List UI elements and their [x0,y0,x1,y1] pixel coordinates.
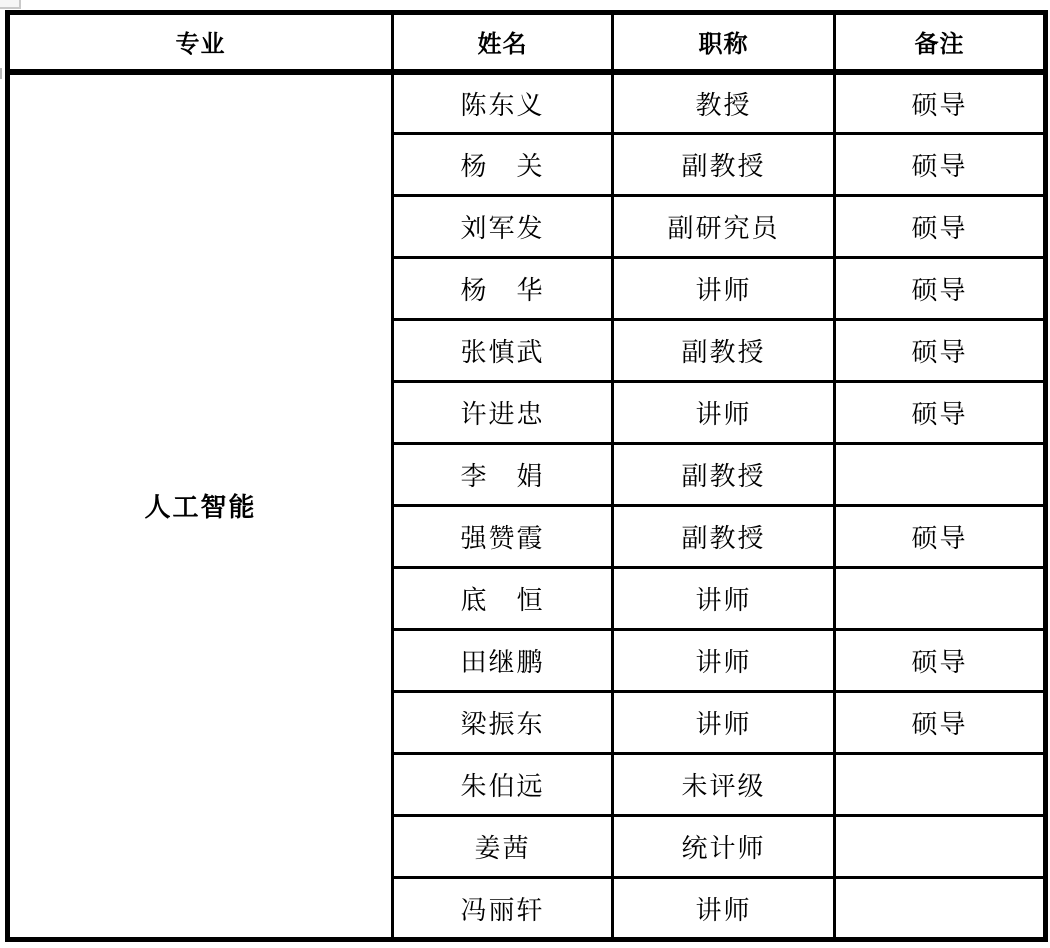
title-cell[interactable]: 讲师 [613,568,835,630]
header-name[interactable]: 姓名 [393,13,613,72]
table-move-handle-icon[interactable] [0,0,21,9]
note-cell[interactable] [835,816,1046,878]
name-cell[interactable]: 朱伯远 [393,754,613,816]
note-cell[interactable]: 硕导 [835,134,1046,196]
note-cell[interactable]: 硕导 [835,630,1046,692]
name-cell[interactable]: 田继鹏 [393,630,613,692]
title-cell[interactable]: 未评级 [613,754,835,816]
title-cell[interactable]: 统计师 [613,816,835,878]
note-cell[interactable]: 硕导 [835,692,1046,754]
name-cell[interactable]: 杨 关 [393,134,613,196]
note-cell[interactable] [835,444,1046,506]
name-cell[interactable]: 梁振东 [393,692,613,754]
title-cell[interactable]: 讲师 [613,382,835,444]
title-cell[interactable]: 讲师 [613,630,835,692]
title-cell[interactable]: 讲师 [613,878,835,940]
note-cell[interactable]: 硕导 [835,320,1046,382]
note-cell[interactable]: 硕导 [835,382,1046,444]
title-cell[interactable]: 副教授 [613,320,835,382]
title-cell[interactable]: 副教授 [613,506,835,568]
title-cell[interactable]: 副研究员 [613,196,835,258]
header-note[interactable]: 备注 [835,13,1046,72]
title-cell[interactable]: 讲师 [613,258,835,320]
title-cell[interactable]: 副教授 [613,444,835,506]
title-cell[interactable]: 教授 [613,72,835,134]
note-cell[interactable] [835,754,1046,816]
note-cell[interactable]: 硕导 [835,506,1046,568]
name-cell[interactable]: 姜茜 [393,816,613,878]
name-cell[interactable]: 底 恒 [393,568,613,630]
note-cell[interactable]: 硕导 [835,72,1046,134]
header-row: 专业 姓名 职称 备注 [8,13,1046,72]
document-page: 专业 姓名 职称 备注 人工智能陈东义教授硕导杨 关副教授硕导刘军发副研究员硕导… [0,0,1050,948]
header-title[interactable]: 职称 [613,13,835,72]
table-row: 人工智能陈东义教授硕导 [8,72,1046,134]
row-marker-tick [0,68,2,79]
title-cell[interactable]: 讲师 [613,692,835,754]
table-header: 专业 姓名 职称 备注 [8,13,1046,72]
name-cell[interactable]: 刘军发 [393,196,613,258]
note-cell[interactable] [835,568,1046,630]
faculty-table: 专业 姓名 职称 备注 人工智能陈东义教授硕导杨 关副教授硕导刘军发副研究员硕导… [5,10,1048,942]
title-cell[interactable]: 副教授 [613,134,835,196]
name-cell[interactable]: 强赞霞 [393,506,613,568]
name-cell[interactable]: 李 娟 [393,444,613,506]
major-cell[interactable]: 人工智能 [8,72,393,940]
header-major[interactable]: 专业 [8,13,393,72]
name-cell[interactable]: 张慎武 [393,320,613,382]
name-cell[interactable]: 陈东义 [393,72,613,134]
note-cell[interactable] [835,878,1046,940]
note-cell[interactable]: 硕导 [835,196,1046,258]
table-body: 人工智能陈东义教授硕导杨 关副教授硕导刘军发副研究员硕导杨 华讲师硕导张慎武副教… [8,72,1046,940]
name-cell[interactable]: 冯丽轩 [393,878,613,940]
name-cell[interactable]: 杨 华 [393,258,613,320]
note-cell[interactable]: 硕导 [835,258,1046,320]
name-cell[interactable]: 许进忠 [393,382,613,444]
